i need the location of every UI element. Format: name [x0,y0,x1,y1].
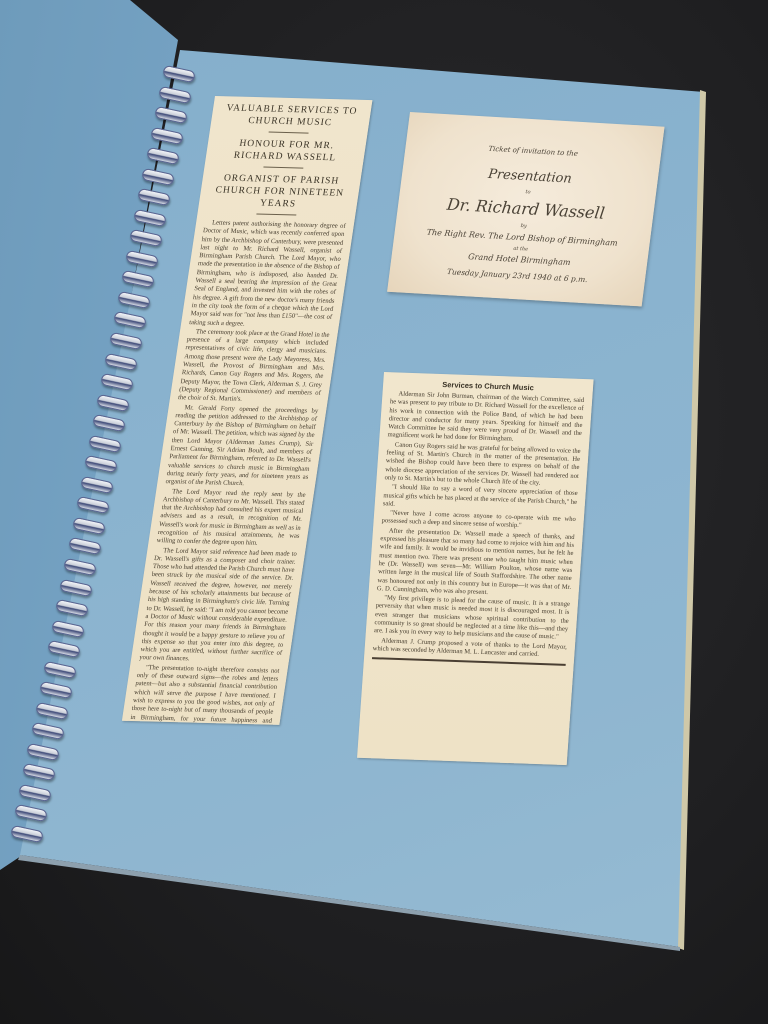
invitation-card: Ticket of invitation to the Presentation… [387,112,664,306]
clipping-paragraph: The Lord Mayor said reference had been m… [139,547,298,667]
clipping-paragraph: The ceremony took place at the Grand Hot… [177,328,330,406]
divider [269,132,309,134]
divider [263,167,303,169]
clipping-paragraph: Letters patent authorising the honorary … [189,219,347,331]
newspaper-clipping-right: Services to Church Music Alderman Sir Jo… [357,372,594,765]
clipping-headline: Valuable Services to Church Music [219,102,364,130]
card-line: Ticket of invitation to the [405,140,661,163]
clipping-paragraph: The Lord Mayor read the reply sent by th… [156,488,306,550]
clipping-paragraph: After the presentation Dr. Wassell made … [377,527,575,600]
clipping-subheadline: Organist of Parish Church for Nineteen Y… [206,172,353,212]
clipping-subheadline: Honour for Mr. Richard Wassell [213,137,358,165]
clipping-paragraph: "My first privilege is to plead for the … [374,594,571,642]
divider [256,214,296,216]
clipping-paragraph: Canon Guy Rogers said he was grateful fo… [384,441,581,489]
clipping-paragraph: "The presentation to-night therefore con… [129,664,280,725]
clipping-paragraph: Alderman Sir John Burman, chairman of th… [387,390,584,447]
clipping-paragraph: Mr. Gerald Forty opened the proceedings … [165,404,319,491]
